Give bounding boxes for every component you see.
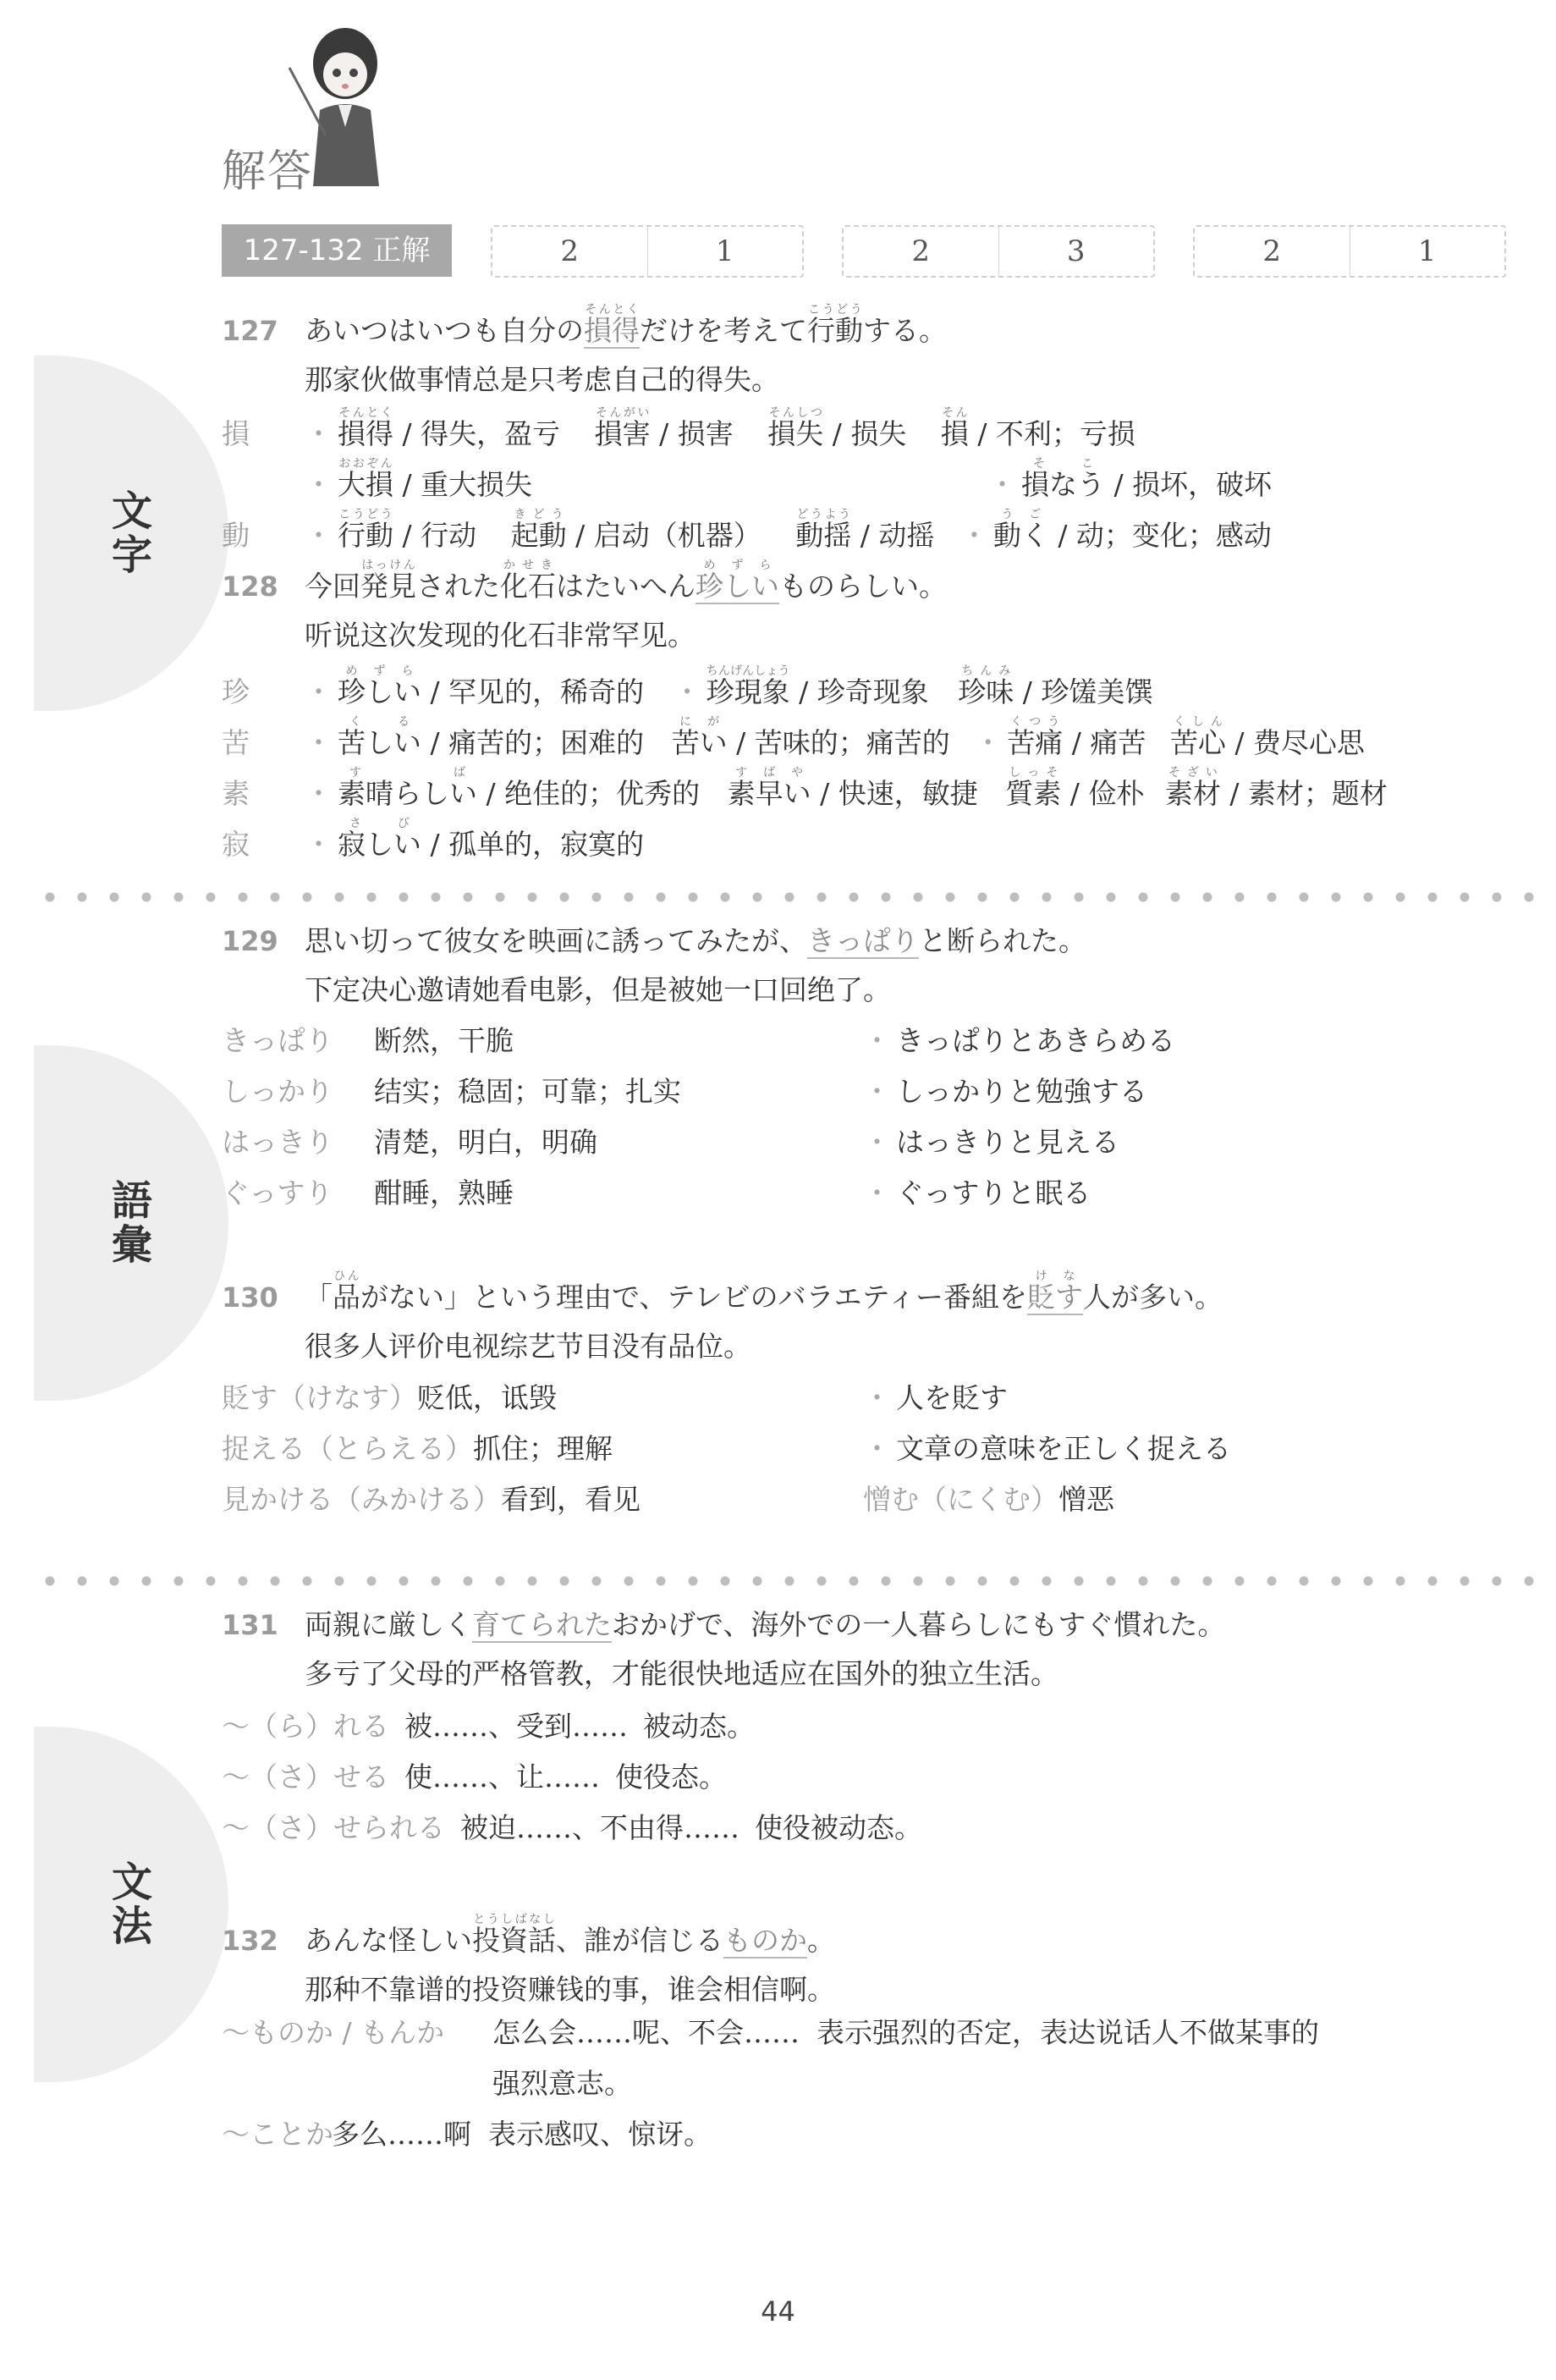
kanji-head: 珍 (222, 674, 305, 711)
sentence-text: ものらしい。 (779, 570, 947, 603)
side-tab-label: 文法 (112, 1860, 152, 1948)
kanji-row: 苦・苦しいくる / 痛苦的；困难的 苦いにが / 苦味的；痛苦的 ・苦痛くつう … (222, 715, 1365, 762)
vocab-example: ・きっぱりとあきらめる (863, 1022, 1175, 1060)
furigana: そんしつ (767, 406, 823, 420)
meaning: / 痛苦的；困难的 (421, 726, 644, 759)
vocab-term: 貶す（けなす） (222, 1381, 417, 1414)
side-tab-moji: 文字 (34, 355, 228, 711)
kanji-head: 苦 (222, 724, 305, 762)
meaning: / 珍馐美馔 (1014, 675, 1152, 708)
page-heading: 解答 (222, 135, 313, 199)
vocab-meaning: 憎恶 (1058, 1483, 1114, 1516)
target-word: 貶すけな (1027, 1281, 1083, 1315)
furigana: こうどう (338, 508, 393, 521)
meaning: / 痛苦 (1063, 726, 1146, 759)
word: 行動 (338, 519, 393, 552)
furigana: そん (941, 406, 969, 420)
word: 珍しい (338, 675, 421, 708)
sentence-text: はたいへん (556, 570, 696, 603)
vocab-meaning: 断然，干脆 (374, 1024, 514, 1057)
meaning: / 俭朴 (1061, 777, 1144, 810)
grammar-row: ～ことか多么……啊表示感叹、惊讶。 (222, 2116, 712, 2153)
meaning: / 损坏，破坏 (1105, 468, 1272, 501)
example-text: ぐっすりと眠る (896, 1176, 1091, 1209)
target-word-text: 貶す (1027, 1281, 1083, 1314)
answer-cell: 2 (844, 227, 998, 276)
furigana: そざい (1165, 766, 1221, 780)
meaning: / 动摇 (851, 519, 934, 552)
vocab-term: ぐっすり (222, 1175, 374, 1212)
meaning: / 损害 (651, 417, 734, 450)
grammar-note: 表示感叹、惊讶。 (488, 2118, 712, 2151)
furigana: うご (993, 508, 1049, 521)
question-127: 127あいつはいつも自分の損得そんとくだけを考えて行動こうどうする。 那家伙做事… (222, 303, 947, 399)
vocab-example: ・ぐっすりと眠る (863, 1175, 1091, 1212)
furigana: そんがい (595, 406, 651, 420)
target-word: 損得そんとく (584, 314, 640, 349)
vocab-term: 捉える（とらえる） (222, 1432, 473, 1465)
vocab-meaning: 抓住；理解 (473, 1432, 613, 1465)
word: 投資話 (472, 1924, 556, 1957)
vocab-row: しっかり结实；稳固；可靠；扎实 (222, 1073, 681, 1110)
word: 損 (941, 417, 969, 450)
answer-group-3: 2 1 (1193, 225, 1506, 278)
grammar-row-cont: 强烈意志。 (222, 2065, 632, 2102)
furigana: すば (338, 766, 477, 780)
kanji-row: 損・損得そんとく / 得失，盈亏 損害そんがい / 损害 損失そんしつ / 损失… (222, 406, 1135, 453)
furigana: くる (338, 715, 421, 729)
kanji-row-right: ・損なうそこ / 损坏，破坏 (988, 457, 1272, 504)
furigana: くつう (1007, 715, 1063, 729)
vocab-term: きっぱり (222, 1022, 374, 1060)
sentence-text: あいつはいつも自分の (305, 314, 584, 347)
vocab-example: ・しっかりと勉強する (863, 1073, 1147, 1110)
word: 苦心 (1170, 726, 1226, 759)
example-text: 人を貶す (896, 1381, 1008, 1414)
question-number: 131 (222, 1606, 305, 1644)
meaning: / 费尽心思 (1226, 726, 1365, 759)
grammar-term: ～（さ）せられる (222, 1811, 445, 1844)
meaning: / 重大损失 (393, 468, 532, 501)
furigana: さび (338, 817, 421, 830)
grammar-meaning: 使……、让…… (404, 1760, 600, 1793)
sentence-text: する。 (863, 314, 947, 347)
furigana: ちんげんしょう (707, 664, 790, 678)
grammar-note: 表示强烈的否定，表达说话人不做某事的 (816, 2016, 1319, 2049)
meaning: / 得失，盈亏 (393, 417, 560, 450)
meaning: / 不利；亏损 (969, 417, 1135, 450)
kanji-row: 寂・寂しいさび / 孤单的，寂寞的 (222, 817, 644, 863)
vocab-row: ぐっすり酣睡，熟睡 (222, 1175, 514, 1212)
sentence-text: と断られた。 (919, 924, 1086, 957)
sentence-text: おかげで、海外での一人暮らしにもすぐ慣れた。 (612, 1608, 1225, 1641)
example-text: はっきりと見える (896, 1126, 1119, 1159)
word: 素晴らしい (338, 777, 477, 810)
page-number: 44 (0, 2295, 1556, 2328)
answer-cell: 1 (1350, 227, 1505, 276)
word: 化石 (500, 570, 556, 603)
translation: 很多人评价电视综艺节目没有品位。 (222, 1328, 1223, 1365)
vocab-term: 憎む（にくむ） (863, 1483, 1058, 1516)
vocab-example: ・人を貶す (863, 1380, 1008, 1417)
word: 発見 (360, 570, 416, 603)
sentence-text: 人が多い。 (1083, 1281, 1223, 1314)
answer-cell: 3 (998, 227, 1154, 276)
furigana: にが (672, 715, 728, 729)
vocab-row: 見かける（みかける）看到，看见 (222, 1481, 641, 1518)
vocab-term: 見かける（みかける） (222, 1483, 501, 1516)
sentence-text: 、誰が信じる (556, 1924, 723, 1957)
question-number: 127 (222, 312, 305, 350)
sentence-text: がない」という理由で、テレビのバラエティー番組を (360, 1281, 1027, 1314)
answer-cell: 2 (1195, 227, 1350, 276)
target-word: ものか (723, 1924, 807, 1959)
sentence-text: だけを考えて (640, 314, 807, 347)
sentence-text: 今回 (305, 570, 360, 603)
kanji-row: ・大損おおぞん / 重大损失 (222, 457, 532, 504)
grammar-meaning: 怎么会……呢、不会…… (492, 2016, 800, 2049)
question-number: 132 (222, 1922, 305, 1959)
word: 苦い (672, 726, 728, 759)
grammar-row: ～（さ）せる使……、让……使役态。 (222, 1759, 727, 1796)
meaning: / 孤单的，寂寞的 (421, 828, 644, 861)
word: 動揺 (795, 519, 851, 552)
answer-group-1: 2 1 (491, 225, 804, 278)
word: 苦痛 (1007, 726, 1063, 759)
word: 損なう (1021, 468, 1105, 501)
meaning: / 启动（机器） (567, 519, 762, 552)
word: 珍味 (958, 675, 1014, 708)
grammar-note: 使役态。 (615, 1760, 727, 1793)
kanji-head: 素 (222, 775, 305, 813)
furigana: めずら (338, 664, 421, 678)
example-text: きっぱりとあきらめる (896, 1024, 1175, 1057)
furigana: ひん (333, 1270, 360, 1283)
grammar-meaning: 多么……啊 (332, 2118, 471, 2151)
example-text: しっかりと勉強する (896, 1075, 1147, 1108)
question-132: 132あんな怪しい投資話とうしばなし、誰が信じるものか。 那种不靠谱的投资赚钱的… (222, 1913, 835, 2008)
target-word: 珍しいめずら (696, 570, 779, 604)
grammar-term: ～（さ）せる (222, 1760, 389, 1793)
target-word-text: 珍しい (696, 570, 779, 603)
grammar-note: 强烈意志。 (492, 2067, 632, 2100)
dotted-separator (34, 1576, 1556, 1586)
vocab-term: しっかり (222, 1073, 374, 1110)
meaning: / 损失 (823, 417, 906, 450)
question-number: 130 (222, 1279, 305, 1316)
translation: 听说这次发现的化石非常罕见。 (222, 617, 947, 654)
furigana: かせき (500, 559, 556, 572)
grammar-row: ～ものか / もんか怎么会……呢、不会……表示强烈的否定，表达说话人不做某事的 (222, 2014, 1319, 2052)
meaning: / 行动 (393, 519, 476, 552)
translation: 下定决心邀请她看电影，但是被她一口回绝了。 (222, 972, 1086, 1009)
side-tab-label: 文字 (112, 489, 152, 577)
vocab-meaning: 酣睡，熟睡 (374, 1176, 514, 1209)
word: 珍現象 (707, 675, 790, 708)
vocab-row: はっきり清楚，明白，明确 (222, 1124, 597, 1161)
furigana: きどう (511, 508, 567, 521)
sentence-text: あんな怪しい (305, 1924, 472, 1957)
side-tab-label: 語彙 (112, 1179, 152, 1267)
word: 素材 (1165, 777, 1221, 810)
meaning: / 苦味的；痛苦的 (728, 726, 950, 759)
furigana: そこ (1021, 457, 1105, 471)
word: 動く (993, 519, 1049, 552)
furigana: そんとく (338, 406, 393, 420)
vocab-term: はっきり (222, 1124, 374, 1161)
answer-cell: 2 (492, 227, 647, 276)
vocab-meaning: 清楚，明白，明确 (374, 1126, 597, 1159)
furigana: ちんみ (958, 664, 1014, 678)
question-130: 130「品ひんがない」という理由で、テレビのバラエティー番組を貶すけな人が多い。… (222, 1270, 1223, 1365)
vocab-example: ・はっきりと見える (863, 1124, 1119, 1161)
kanji-row: 素・素晴らしいすば / 绝佳的；优秀的 素早いすばや / 快速，敏捷 質素しっそ… (222, 766, 1388, 813)
target-word: 育てられた (472, 1608, 612, 1643)
word: 損失 (767, 417, 823, 450)
grammar-term: ～ことか (222, 2116, 332, 2153)
word: 損害 (595, 417, 651, 450)
furigana: くしん (1170, 715, 1226, 729)
side-tab-goi: 語彙 (34, 1045, 228, 1401)
vocab-row: 貶す（けなす）贬低，诋毁 (222, 1380, 557, 1417)
furigana: すばや (728, 766, 811, 780)
kanji-head: 動 (222, 517, 305, 554)
grammar-note: 被动态。 (643, 1710, 755, 1743)
vocab-row: きっぱり断然，干脆 (222, 1022, 514, 1060)
vocab-meaning: 看到，看见 (501, 1483, 641, 1516)
sentence-text: された (416, 570, 500, 603)
meaning: / 绝佳的；优秀的 (477, 777, 700, 810)
meaning: / 快速，敏捷 (811, 777, 978, 810)
word: 行動 (807, 314, 863, 347)
grammar-term: ～ものか / もんか (222, 2014, 492, 2052)
answer-range-label: 127-132 正解 (222, 224, 452, 277)
furigana: けな (1027, 1270, 1083, 1283)
grammar-meaning: 被……、受到…… (404, 1710, 628, 1743)
target-word: きっぱり (807, 924, 919, 959)
furigana: しっそ (1005, 766, 1061, 780)
sentence-text: 。 (807, 1924, 835, 1957)
sentence-text: 思い切って彼女を映画に誘ってみたが、 (305, 924, 807, 957)
grammar-row: ～（ら）れる被……、受到……被动态。 (222, 1708, 755, 1745)
grammar-note: 使役被动态。 (755, 1811, 922, 1844)
furigana: とうしばなし (472, 1913, 556, 1926)
grammar-term: ～（ら）れる (222, 1710, 389, 1743)
question-128: 128今回発見はっけんされた化石かせきはたいへん珍しいめずらものらしい。 听说这… (222, 559, 947, 654)
grammar-row: ～（さ）せられる被迫……、不由得……使役被动态。 (222, 1810, 922, 1847)
word: 損得 (338, 417, 393, 450)
word: 寂しい (338, 828, 421, 861)
translation: 多亏了父母的严格管教，才能很快地适应在国外的独立生活。 (222, 1656, 1225, 1693)
furigana: めずら (696, 559, 779, 572)
meaning: / 珍奇现象 (790, 675, 929, 708)
furigana: おおぞん (338, 457, 393, 471)
target-word-text: 損得 (584, 314, 640, 347)
word: 品 (333, 1281, 360, 1314)
vocab-row: 捉える（とらえる）抓住；理解 (222, 1430, 613, 1468)
word: 起動 (511, 519, 567, 552)
furigana: どうよう (795, 508, 851, 521)
vocab-example: ・文章の意味を正しく捉える (863, 1430, 1231, 1468)
example-text: 文章の意味を正しく捉える (896, 1432, 1231, 1465)
kanji-head: 損 (222, 416, 305, 453)
answer-group-2: 2 3 (842, 225, 1155, 278)
grammar-meaning: 被迫……、不由得…… (460, 1811, 740, 1844)
translation: 那家伙做事情总是只考虑自己的得失。 (222, 361, 947, 399)
sentence-text: 「 (305, 1281, 333, 1314)
question-number: 129 (222, 923, 305, 960)
meaning: / 罕见的，稀奇的 (421, 675, 644, 708)
question-129: 129思い切って彼女を映画に誘ってみたが、きっぱりと断られた。 下定决心邀请她看… (222, 923, 1086, 1009)
word: 素早い (728, 777, 811, 810)
word: 質素 (1005, 777, 1061, 810)
kanji-head: 寂 (222, 826, 305, 863)
dotted-separator (34, 892, 1556, 902)
vocab-meaning: 贬低，诋毁 (417, 1381, 557, 1414)
kanji-row: 珍・珍しいめずら / 罕见的，稀奇的 ・珍現象ちんげんしょう / 珍奇现象 珍味… (222, 664, 1152, 711)
sentence-text: 両親に厳しく (305, 1608, 472, 1641)
word: 苦しい (338, 726, 421, 759)
furigana: はっけん (360, 559, 416, 572)
side-tab-bunpou: 文法 (34, 1727, 228, 2082)
question-number: 128 (222, 568, 305, 605)
meaning: / 动；变化；感动 (1049, 519, 1272, 552)
vocab-meaning: 结实；稳固；可靠；扎实 (374, 1075, 681, 1108)
furigana: こうどう (807, 303, 863, 317)
word: 大損 (338, 468, 393, 501)
translation: 那种不靠谱的投资赚钱的事，谁会相信啊。 (222, 1971, 835, 2008)
kanji-row: 動・行動こうどう / 行动 起動きどう / 启动（机器） 動揺どうよう / 动摇… (222, 508, 1272, 554)
answer-cell: 1 (647, 227, 803, 276)
furigana: そんとく (584, 303, 640, 317)
vocab-row-right: 憎む（にくむ）憎恶 (863, 1481, 1114, 1518)
question-131: 131両親に厳しく育てられたおかげで、海外での一人暮らしにもすぐ慣れた。 多亏了… (222, 1606, 1225, 1693)
meaning: / 素材；题材 (1221, 777, 1388, 810)
